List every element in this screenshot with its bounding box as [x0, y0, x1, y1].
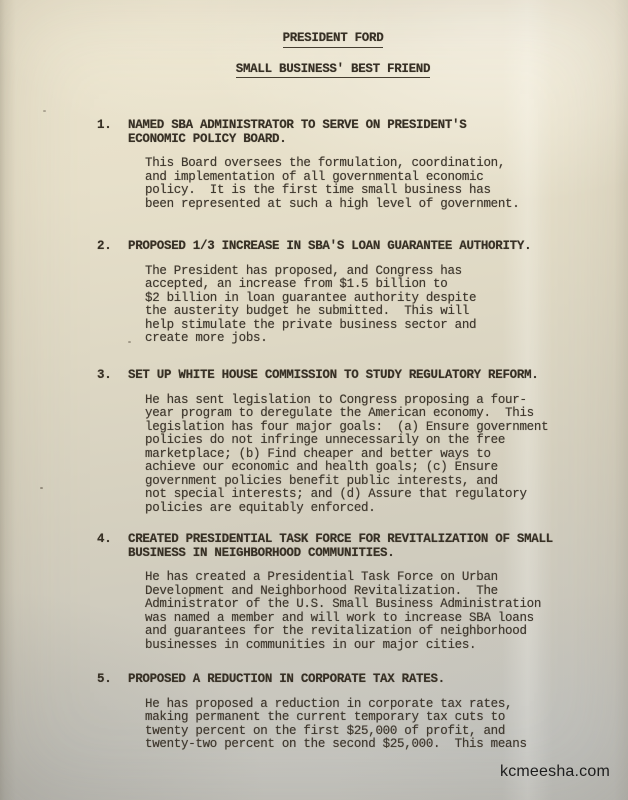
page-title: PRESIDENT FORD	[283, 32, 384, 48]
page-subtitle: SMALL BUSINESS' BEST FRIEND	[236, 63, 430, 79]
item-heading: PROPOSED 1/3 INCREASE IN SBA'S LOAN GUAR…	[128, 240, 531, 254]
list-item-5: 5. PROPOSED A REDUCTION IN CORPORATE TAX…	[97, 673, 587, 752]
list-item-3: 3. SET UP WHITE HOUSE COMMISSION TO STUD…	[97, 369, 587, 515]
item-number: 3.	[97, 369, 128, 383]
item-number: 5.	[97, 673, 128, 687]
item-heading: PROPOSED A REDUCTION IN CORPORATE TAX RA…	[128, 673, 445, 687]
item-body: He has proposed a reduction in corporate…	[145, 698, 577, 752]
list-item-4: 4. CREATED PRESIDENTIAL TASK FORCE FOR R…	[97, 533, 587, 652]
list-item-1: 1. NAMED SBA ADMINISTRATOR TO SERVE ON P…	[97, 119, 587, 211]
item-body: He has sent legislation to Congress prop…	[145, 394, 577, 516]
item-heading: NAMED SBA ADMINISTRATOR TO SERVE ON PRES…	[128, 119, 466, 146]
document-photo: PRESIDENT FORD SMALL BUSINESS' BEST FRIE…	[0, 0, 628, 800]
paper-specks	[40, 487, 43, 489]
item-body: The President has proposed, and Congress…	[145, 265, 577, 346]
item-number: 4.	[97, 533, 128, 547]
item-body: He has created a Presidential Task Force…	[145, 571, 577, 652]
item-body: This Board oversees the formulation, coo…	[145, 157, 577, 211]
list-item-2: 2. PROPOSED 1/3 INCREASE IN SBA'S LOAN G…	[97, 240, 587, 346]
item-heading: CREATED PRESIDENTIAL TASK FORCE FOR REVI…	[128, 533, 553, 560]
watermark-text: kcmeesha.com	[500, 763, 610, 781]
item-number: 1.	[97, 119, 128, 133]
item-heading: SET UP WHITE HOUSE COMMISSION TO STUDY R…	[128, 369, 538, 383]
item-number: 2.	[97, 240, 128, 254]
document-header: PRESIDENT FORD SMALL BUSINESS' BEST FRIE…	[19, 28, 628, 78]
